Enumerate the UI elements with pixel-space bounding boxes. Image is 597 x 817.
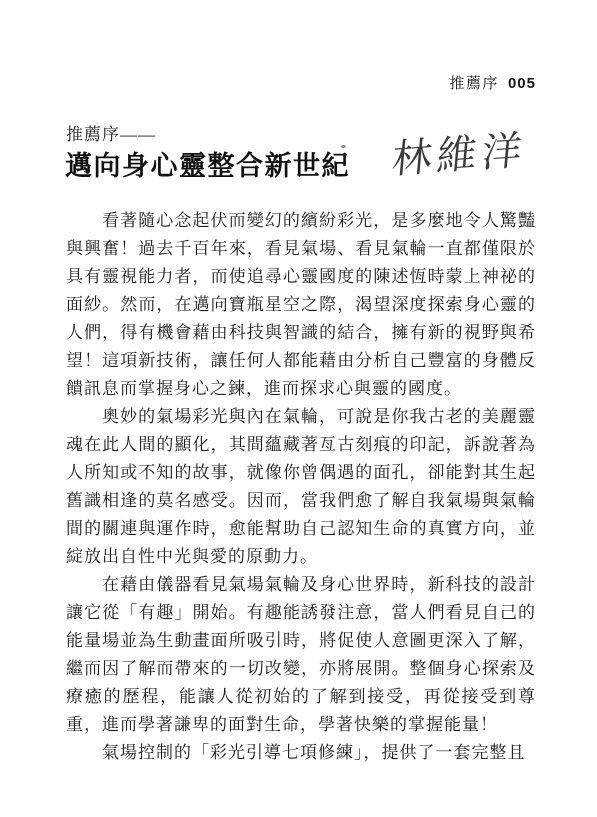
preface-title: 邁向身心靈整合新世紀 xyxy=(65,148,350,184)
book-page: 推薦序005 推薦序—— 邁向身心靈整合新世紀 林維洋 看著隨心念起伏而變幻的繽… xyxy=(0,0,597,817)
paragraph-3: 在藉由儀器看見氣場氣輪及身心世界時，新科技的設計讓它從「有趣」開始。有趣能誘發注… xyxy=(66,571,536,739)
paragraph-1: 看著隨心念起伏而變幻的繽紛彩光，是多麼地令人驚豔與興奮！過去千百年來，看見氣場、… xyxy=(66,207,536,403)
scan-speck xyxy=(341,145,346,148)
preface-body: 看著隨心念起伏而變幻的繽紛彩光，是多麼地令人驚豔與興奮！過去千百年來，看見氣場、… xyxy=(66,207,536,767)
author-signature: 林維洋 xyxy=(390,122,530,188)
paragraph-4: 氣場控制的「彩光引導七項修練」，提供了一套完整且 xyxy=(66,739,536,767)
running-header-page-number: 005 xyxy=(508,75,536,92)
preface-label: 推薦序—— xyxy=(66,124,156,146)
paragraph-2: 奧妙的氣場彩光與內在氣輪，可說是你我古老的美麗靈魂在此人間的顯化，其間蘊藏著亙古… xyxy=(66,403,536,571)
running-header: 推薦序005 xyxy=(449,74,536,93)
running-header-section: 推薦序 xyxy=(449,75,499,92)
